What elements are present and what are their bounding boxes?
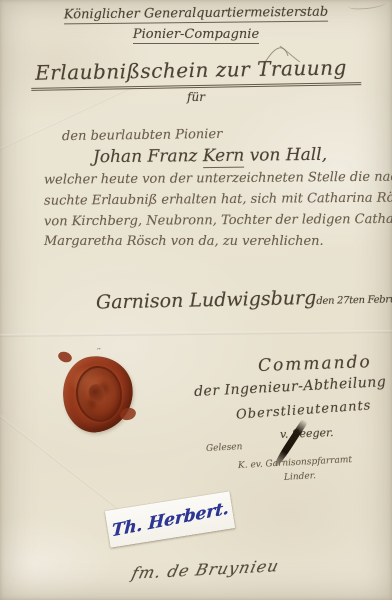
bottom-signature: fm. de Bruynieu — [130, 556, 281, 583]
name-pre: Johan Franz — [93, 146, 203, 167]
dateline-place: Garnison Ludwigsburg — [96, 287, 317, 314]
wax-drip — [57, 350, 74, 364]
body-name-line: Johan Franz Kern von Hall, — [93, 145, 327, 167]
name-post: von Hall, — [244, 145, 327, 166]
red-wax-seal — [59, 353, 137, 436]
body-line5: von Kirchberg, Neubronn, Tochter der led… — [44, 212, 392, 230]
title-sub: für — [0, 90, 392, 104]
body-line1: den beurlaubten Pionier — [62, 127, 223, 144]
letterhead-line2-text: Pionier-Compagnie — [133, 27, 259, 44]
fold-crease-horizontal — [0, 330, 392, 337]
ink-specks-above-seal: ′′ — [97, 347, 107, 355]
letterhead-line1-text: Königlicher Generalquartiermeisterstab — [64, 5, 328, 25]
document-title: Erlaubnißschein zur Trauung — [0, 55, 392, 86]
command-line2: der Ingenieur-Abtheilung — [194, 374, 387, 400]
document-scan: Königlicher Generalquartiermeisterstab P… — [0, 0, 392, 600]
clerk-note-line3: Linder. — [284, 471, 316, 483]
dateline-date: den 27ten Februar 1840. — [316, 293, 392, 307]
document-title-text: Erlaubnißschein zur Trauung — [31, 55, 361, 91]
clerk-note-line1: Gelesen — [206, 442, 243, 454]
body-line6: Margaretha Rösch von da, zu verehlichen. — [44, 234, 324, 249]
label-signature: Th. Herbert. — [111, 498, 229, 541]
body-line3: welcher heute von der unterzeichneten St… — [44, 169, 392, 187]
letterhead-line1: Königlicher Generalquartiermeisterstab — [0, 4, 392, 23]
body-line4: suchte Erlaubniß erhalten hat, sich mit … — [44, 190, 392, 208]
clerk-note-line2: K. ev. Garnisonspfarramt — [238, 455, 352, 471]
command-line1: Commando — [258, 352, 372, 376]
letterhead-line2: Pionier-Compagnie — [0, 27, 392, 42]
pasted-signature-label: Th. Herbert. — [105, 491, 235, 547]
dateline: Garnison Ludwigsburgden 27ten Februar 18… — [96, 284, 392, 313]
groom-name: Kern — [203, 146, 245, 168]
